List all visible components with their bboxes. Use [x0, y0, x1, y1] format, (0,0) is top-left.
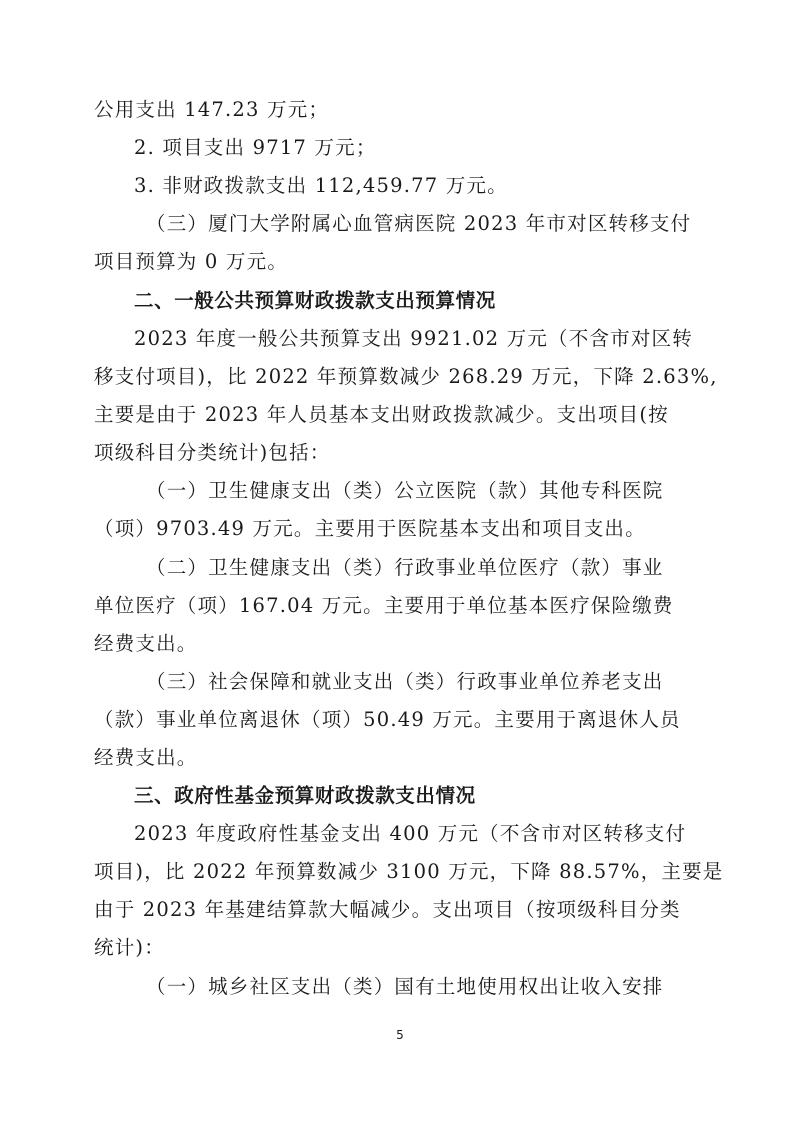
text-line: 移支付项目)，比 2022 年预算数减少 268.29 万元，下降 2.63%,	[94, 362, 718, 392]
page-number: 5	[0, 1028, 800, 1042]
paragraph-transfer-payment: （三）厦门大学附属心血管病医院 2023 年市对区转移支付	[146, 209, 691, 239]
text-line: 公用支出 147.23 万元；	[94, 95, 329, 125]
item-health-hospital: （一）卫生健康支出（类）公立医院（款）其他专科医院	[146, 476, 664, 506]
text-line: 项级科目分类统计)包括：	[94, 438, 331, 468]
text-line: 项目)，比 2022 年预算数减少 3100 万元，下降 88.57%，主要是	[94, 857, 724, 887]
item-social-security: （三）社会保障和就业支出（类）行政事业单位养老支出	[146, 667, 664, 697]
paragraph-general-budget: 2023 年度一般公共预算支出 9921.02 万元（不含市对区转	[134, 324, 693, 354]
text-line: 主要是由于 2023 年人员基本支出财政拨款减少。支出项目(按	[94, 400, 669, 430]
paragraph-gov-fund: 2023 年度政府性基金支出 400 万元（不含市对区转移支付	[134, 819, 686, 849]
text-line: 单位医疗（项）167.04 万元。主要用于单位基本医疗保险缴费	[94, 591, 674, 621]
text-line: 统计)：	[94, 933, 165, 963]
text-line: （项）9703.49 万元。主要用于医院基本支出和项目支出。	[94, 514, 646, 544]
text-line: 项目预算为 0 万元。	[94, 247, 288, 277]
list-item-nonfiscal-expense: 3. 非财政拨款支出 112,459.77 万元。	[134, 171, 508, 201]
text-line: 由于 2023 年基建结算款大幅减少。支出项目（按项级科目分类	[94, 895, 681, 925]
text-line: 经费支出。	[94, 743, 198, 773]
section-heading-2: 二、一般公共预算财政拨款支出预算情况	[134, 286, 496, 316]
section-heading-3: 三、政府性基金预算财政拨款支出情况	[134, 781, 476, 811]
list-item-project-expense: 2. 项目支出 9717 万元；	[134, 133, 377, 163]
item-urban-rural: （一）城乡社区支出（类）国有土地使用权出让收入安排	[146, 972, 664, 1002]
text-line: （款）事业单位离退休（项）50.49 万元。主要用于离退休人员	[94, 705, 681, 735]
item-health-medical: （二）卫生健康支出（类）行政事业单位医疗（款）事业	[146, 553, 664, 583]
text-line: 经费支出。	[94, 629, 198, 659]
